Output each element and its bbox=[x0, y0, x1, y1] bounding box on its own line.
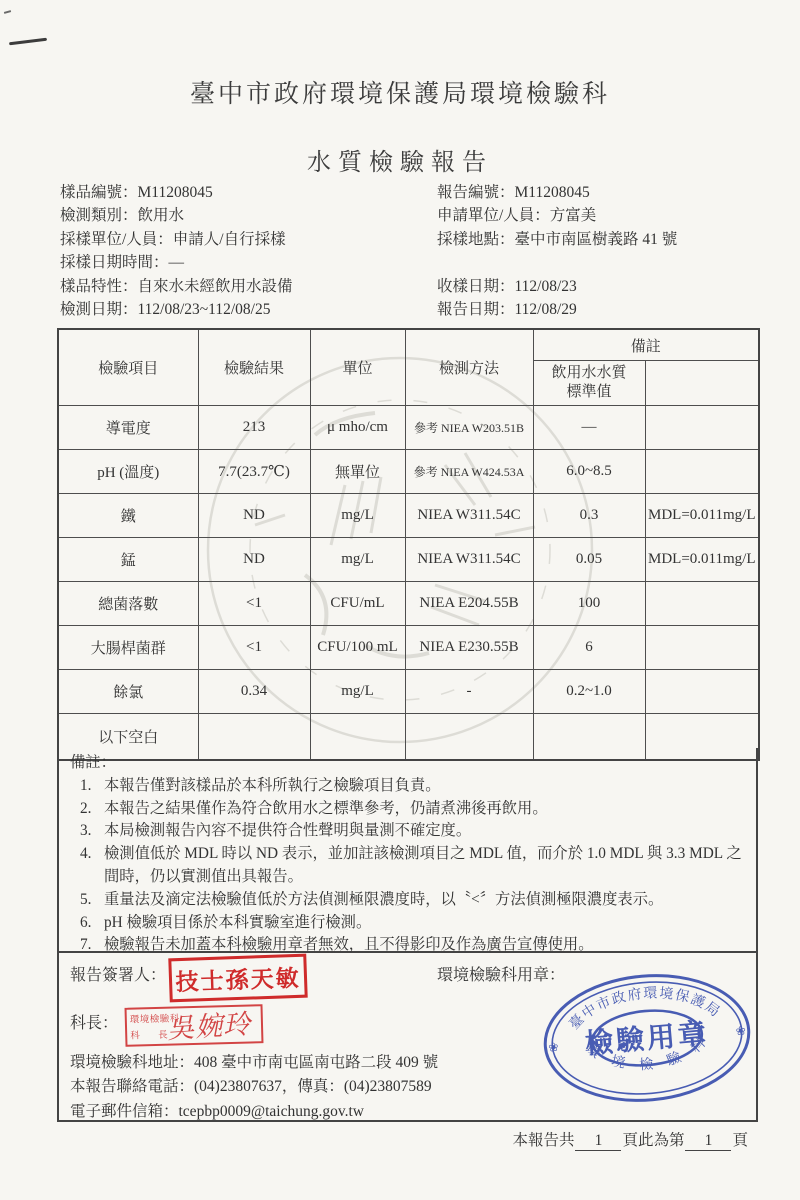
sampling-location: 採樣地點：臺中市南區樹義路 41 號 bbox=[437, 228, 677, 251]
col-header-unit: 單位 bbox=[310, 329, 405, 406]
row-unit: mg/L bbox=[310, 670, 405, 714]
contact-email: 電子郵件信箱：tcepbp0009@taichung.gov.tw bbox=[70, 1100, 438, 1124]
row-item: pH (溫度) bbox=[58, 450, 198, 494]
col-header-standard: 飲用水水質標準值 bbox=[533, 361, 645, 406]
footer-mid: 頁此為第 bbox=[622, 1132, 684, 1149]
results-table: 檢驗項目 檢驗結果 單位 檢測方法 備註 飲用水水質標準值 導電度 213 μ … bbox=[57, 328, 760, 761]
row-unit: mg/L bbox=[310, 494, 405, 538]
contact-address: 環境檢驗科地址：408 臺中市南屯區南屯路二段 409 號 bbox=[70, 1051, 438, 1075]
row-method: 參考 NIEA W203.51B bbox=[405, 406, 533, 450]
applicant: 申請單位/人員：方富美 bbox=[437, 204, 677, 227]
table-row: 餘氯 0.34 mg/L - 0.2~1.0 bbox=[58, 670, 759, 714]
row-method: NIEA E204.55B bbox=[405, 582, 533, 626]
report-id: 報告編號：M11208045 bbox=[437, 181, 677, 204]
row-method: NIEA W311.54C bbox=[405, 494, 533, 538]
col-header-result: 檢驗結果 bbox=[198, 329, 310, 406]
row-method: NIEA W311.54C bbox=[405, 538, 533, 582]
contact-phone: 本報告聯絡電話：(04)23807637，傳真：(04)23807589 bbox=[70, 1075, 438, 1099]
row-item: 餘氯 bbox=[58, 670, 198, 714]
row-method: 參考 NIEA W424.53A bbox=[405, 450, 533, 494]
row-item: 鐵 bbox=[58, 494, 198, 538]
row-remark: MDL=0.011mg/L bbox=[645, 494, 759, 538]
agency-title: 臺中市政府環境保護局環境檢驗科 bbox=[0, 74, 800, 110]
row-remark bbox=[645, 450, 759, 494]
row-unit: CFU/mL bbox=[310, 582, 405, 626]
row-remark bbox=[645, 582, 759, 626]
col-header-method: 檢測方法 bbox=[405, 329, 533, 406]
row-standard: 6 bbox=[533, 626, 645, 670]
inspection-seal-stamp: 臺中市政府環境保護局 環 境 檢 驗 科 檢驗用章 ❀ ❀ bbox=[535, 963, 760, 1113]
note-item: 6.pH 檢驗項目係於本科實驗室進行檢測。 bbox=[70, 912, 746, 935]
note-item: 5.重量法及滴定法檢驗值低於方法偵測極限濃度時，以〝<〞方法偵測極限濃度表示。 bbox=[70, 889, 746, 912]
table-row: pH (溫度) 7.7(23.7℃) 無單位 參考 NIEA W424.53A … bbox=[58, 450, 759, 494]
footer-total-pages: 1 bbox=[575, 1132, 621, 1151]
footer-prefix: 本報告共 bbox=[512, 1132, 574, 1149]
scan-artifact-dash bbox=[4, 10, 11, 14]
row-unit: 無單位 bbox=[310, 450, 405, 494]
row-unit: CFU/100 mL bbox=[310, 626, 405, 670]
table-row: 大腸桿菌群 <1 CFU/100 mL NIEA E230.55B 6 bbox=[58, 626, 759, 670]
row-item: 導電度 bbox=[58, 406, 198, 450]
row-item: 錳 bbox=[58, 538, 198, 582]
row-item: 總菌落數 bbox=[58, 582, 198, 626]
report-title: 水質檢驗報告 bbox=[0, 142, 800, 177]
row-standard: 100 bbox=[533, 582, 645, 626]
table-row: 總菌落數 <1 CFU/mL NIEA E204.55B 100 bbox=[58, 582, 759, 626]
row-result: ND bbox=[198, 538, 310, 582]
row-remark bbox=[645, 670, 759, 714]
receive-date: 收樣日期：112/08/23 bbox=[437, 275, 677, 298]
row-item: 大腸桿菌群 bbox=[58, 626, 198, 670]
plum-blossom-icon: ❀ bbox=[735, 1023, 746, 1038]
row-remark bbox=[645, 626, 759, 670]
note-item: 4.檢測值低於 MDL 時以 ND 表示，並加註該檢測項目之 MDL 值，而介於… bbox=[70, 843, 746, 889]
test-date: 檢測日期：112/08/23~112/08/25 bbox=[60, 298, 293, 321]
report-page: 臺中市政府環境保護局環境檢驗科 水質檢驗報告 樣品編號：M11208045 檢測… bbox=[0, 0, 800, 1200]
col-header-item: 檢驗項目 bbox=[58, 329, 198, 406]
row-result: <1 bbox=[198, 626, 310, 670]
sampling-unit: 採樣單位/人員：申請人/自行採樣 bbox=[60, 228, 293, 251]
note-item: 3.本局檢測報告內容不提供符合性聲明與量測不確定度。 bbox=[70, 820, 746, 843]
chief-red-stamp: 環境檢驗科 科 長 吳婉玲 bbox=[125, 1004, 264, 1047]
note-item: 1.本報告僅對該樣品於本科所執行之檢驗項目負責。 bbox=[70, 775, 746, 798]
chief-stamp-name: 吳婉玲 bbox=[166, 1002, 252, 1046]
row-unit: μ mho/cm bbox=[310, 406, 405, 450]
contact-info: 環境檢驗科地址：408 臺中市南屯區南屯路二段 409 號 本報告聯絡電話：(0… bbox=[70, 1051, 438, 1124]
row-unit: mg/L bbox=[310, 538, 405, 582]
report-date: 報告日期：112/08/29 bbox=[437, 298, 677, 321]
page-count-footer: 本報告共1頁此為第1頁 bbox=[0, 1128, 748, 1151]
footer-current-page: 1 bbox=[685, 1132, 731, 1151]
row-remark: MDL=0.011mg/L bbox=[645, 538, 759, 582]
row-remark bbox=[645, 406, 759, 450]
signer-red-stamp: 技士孫天敏 bbox=[168, 954, 307, 1003]
row-standard: 0.3 bbox=[533, 494, 645, 538]
col-header-remark: 備註 bbox=[533, 329, 759, 361]
row-result: ND bbox=[198, 494, 310, 538]
report-info-right: 報告編號：M11208045 申請單位/人員：方富美 採樣地點：臺中市南區樹義路… bbox=[437, 181, 677, 321]
row-standard: — bbox=[533, 406, 645, 450]
sampling-datetime: 採樣日期時間：— bbox=[60, 251, 293, 274]
sample-info-left: 樣品編號：M11208045 檢測類別：飲用水 採樣單位/人員：申請人/自行採樣… bbox=[60, 181, 293, 321]
sample-id: 樣品編號：M11208045 bbox=[60, 181, 293, 204]
row-standard: 0.05 bbox=[533, 538, 645, 582]
signer-label: 報告簽署人： bbox=[70, 962, 166, 985]
row-result: <1 bbox=[198, 582, 310, 626]
row-standard: 0.2~1.0 bbox=[533, 670, 645, 714]
scan-artifact-line bbox=[9, 38, 47, 45]
signature-section: 報告簽署人： 技士孫天敏 環境檢驗科用章： 科長： 環境檢驗科 科 長 吳婉玲 … bbox=[57, 953, 758, 1122]
footer-suffix: 頁 bbox=[732, 1132, 748, 1149]
chief-label: 科長： bbox=[70, 1010, 118, 1033]
row-standard: 6.0~8.5 bbox=[533, 450, 645, 494]
sample-characteristics: 樣品特性：自來水未經飲用水設備 bbox=[60, 275, 293, 298]
table-row: 錳 ND mg/L NIEA W311.54C 0.05 MDL=0.011mg… bbox=[58, 538, 759, 582]
table-row: 導電度 213 μ mho/cm 參考 NIEA W203.51B — bbox=[58, 406, 759, 450]
row-method: NIEA E230.55B bbox=[405, 626, 533, 670]
test-category: 檢測類別：飲用水 bbox=[60, 204, 293, 227]
notes-section: 備註： 1.本報告僅對該樣品於本科所執行之檢驗項目負責。 2.本報告之結果僅作為… bbox=[57, 748, 758, 953]
plum-blossom-icon: ❀ bbox=[548, 1040, 559, 1055]
table-row: 鐵 ND mg/L NIEA W311.54C 0.3 MDL=0.011mg/… bbox=[58, 494, 759, 538]
row-result: 7.7(23.7℃) bbox=[198, 450, 310, 494]
col-header-remark-blank bbox=[645, 361, 759, 406]
note-item: 2.本報告之結果僅作為符合飲用水之標準參考，仍請煮沸後再飲用。 bbox=[70, 798, 746, 821]
row-method: - bbox=[405, 670, 533, 714]
row-result: 213 bbox=[198, 406, 310, 450]
row-result: 0.34 bbox=[198, 670, 310, 714]
notes-label: 備註： bbox=[70, 752, 746, 775]
